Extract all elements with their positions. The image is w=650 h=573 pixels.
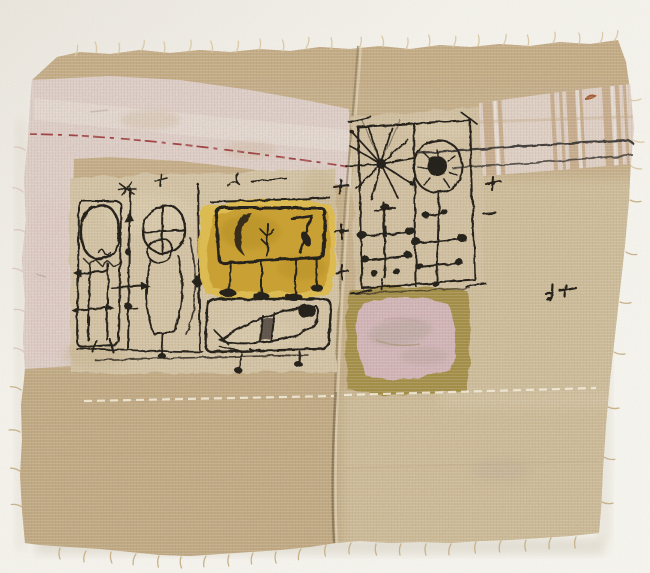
artwork-photo [0,0,650,573]
